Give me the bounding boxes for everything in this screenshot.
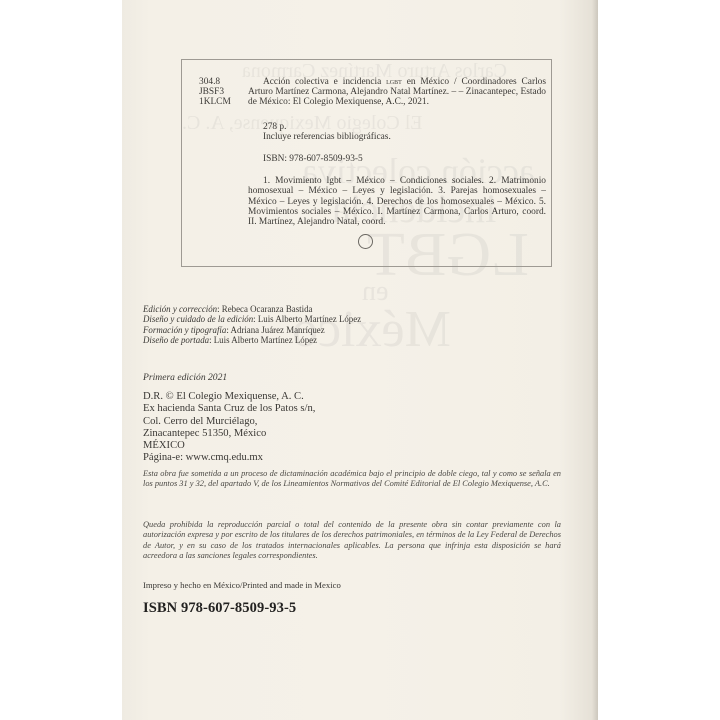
book-page: Carlos Arturo Martínez Carmona El Colegi… bbox=[122, 0, 598, 720]
catalog-isbn: ISBN: 978-607-8509-93-5 bbox=[248, 154, 546, 164]
peer-review-note: Esta obra fue sometida a un proceso de d… bbox=[143, 469, 561, 490]
credit-name: Adriana Juárez Manríquez bbox=[231, 325, 325, 335]
title-text: Acción colectiva e incidencia bbox=[263, 77, 386, 87]
bibliography-note: Incluye referencias bibliográficas. bbox=[248, 132, 546, 142]
cataloging-record-box: 304.8 JBSF3 1KLCM Acción colectiva e inc… bbox=[181, 59, 552, 267]
credit-role: Formación y tipografía bbox=[143, 325, 226, 335]
catalog-entry: Acción colectiva e incidencia lgbt en Mé… bbox=[248, 77, 546, 227]
circle-mark-icon bbox=[358, 234, 373, 249]
page-count: 278 p. bbox=[248, 122, 546, 132]
address-line: Zinacantepec 51350, México bbox=[143, 428, 315, 440]
bleed-through-text: en bbox=[362, 276, 388, 308]
title-acronym: lgbt bbox=[386, 77, 402, 86]
catalog-title: Acción colectiva e incidencia lgbt en Mé… bbox=[248, 77, 546, 108]
call-number: 1KLCM bbox=[199, 97, 231, 107]
call-number: 304.8 bbox=[199, 77, 231, 87]
isbn-number: ISBN 978-607-8509-93-5 bbox=[143, 600, 296, 617]
publisher-address: D.R. © El Colegio Mexiquense, A. C. Ex h… bbox=[143, 391, 315, 465]
address-line: Col. Cerro del Murciélago, bbox=[143, 416, 315, 428]
credit-role: Diseño de portada bbox=[143, 335, 209, 345]
credit-line: Edición y corrección: Rebeca Ocaranza Ba… bbox=[143, 304, 361, 314]
address-line: Ex hacienda Santa Cruz de los Patos s/n, bbox=[143, 403, 315, 415]
credit-role: Edición y corrección bbox=[143, 304, 217, 314]
credit-line: Formación y tipografía: Adriana Juárez M… bbox=[143, 325, 361, 335]
call-numbers: 304.8 JBSF3 1KLCM bbox=[199, 77, 231, 108]
credit-line: Diseño y cuidado de la edición: Luis Alb… bbox=[143, 314, 361, 324]
address-line: MÉXICO bbox=[143, 440, 315, 452]
call-number: JBSF3 bbox=[199, 87, 231, 97]
subject-headings: 1. Movimiento lgbt – México – Condicione… bbox=[248, 176, 546, 227]
credits-list: Edición y corrección: Rebeca Ocaranza Ba… bbox=[143, 304, 361, 346]
credit-name: Rebeca Ocaranza Bastida bbox=[222, 304, 313, 314]
credit-name: Luis Alberto Martínez López bbox=[258, 314, 361, 324]
copyright-note: Queda prohibida la reproducción parcial … bbox=[143, 520, 561, 562]
credit-role: Diseño y cuidado de la edición bbox=[143, 314, 253, 324]
website-line: Página-e: www.cmq.edu.mx bbox=[143, 452, 315, 464]
printed-in-statement: Impreso y hecho en México/Printed and ma… bbox=[143, 580, 341, 590]
edition-statement: Primera edición 2021 bbox=[143, 372, 227, 383]
address-line: D.R. © El Colegio Mexiquense, A. C. bbox=[143, 391, 315, 403]
credit-name: Luis Alberto Martínez López bbox=[214, 335, 317, 345]
credit-line: Diseño de portada: Luis Alberto Martínez… bbox=[143, 335, 361, 345]
